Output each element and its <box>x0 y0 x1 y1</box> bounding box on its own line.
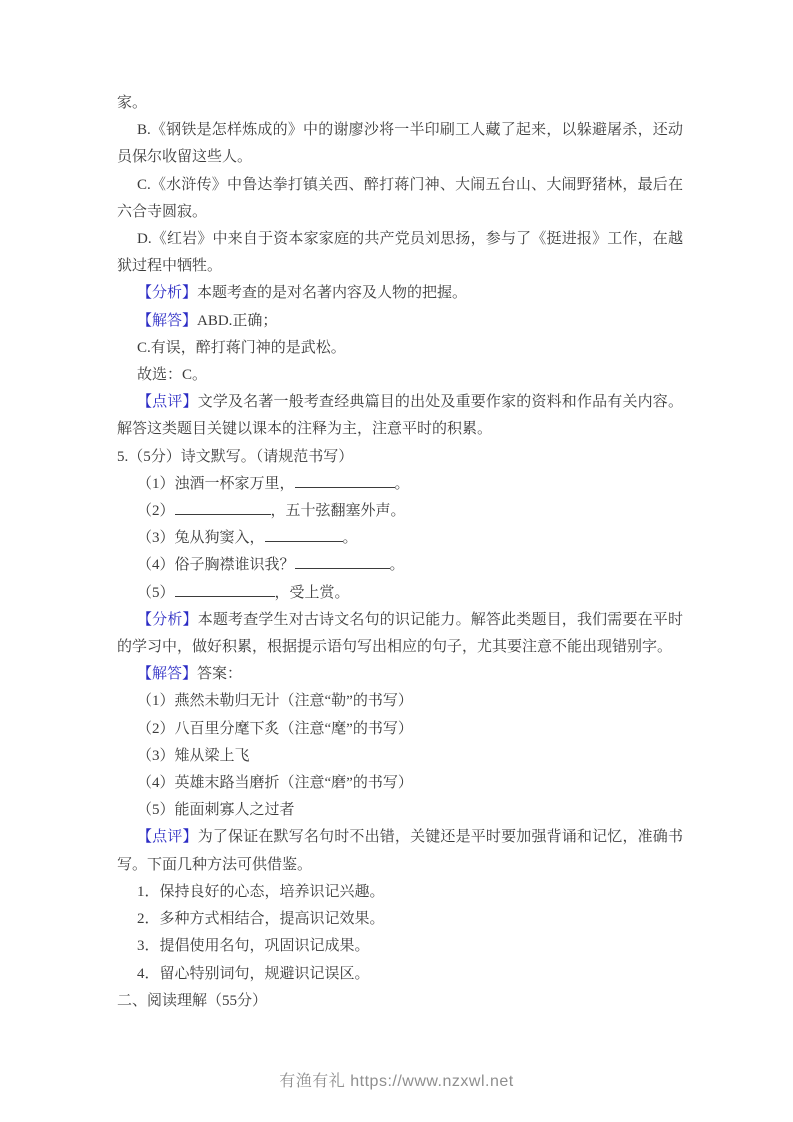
continuation-line: 家。 <box>117 90 683 117</box>
answer-item-3: （3）雉从梁上飞 <box>117 743 683 770</box>
blank-post-text: 。 <box>395 476 410 492</box>
option-c-paragraph: C.《水浒传》中鲁达拳打镇关西、醉打蒋门神、大闹五台山、大闹野猪林，最后在六合寺… <box>117 172 683 226</box>
memorization-tip-1: 1．保持良好的心态，培养识记兴趣。 <box>117 879 683 906</box>
answer-item-5: （5）能面刺寡人之过者 <box>117 797 683 824</box>
analysis-label: 【分析】 <box>137 612 198 628</box>
question-5-heading: 5.（5分）诗文默写。（请规范书写） <box>117 444 683 471</box>
memorization-tip-3: 3．提倡使用名句，巩固识记成果。 <box>117 933 683 960</box>
answer-label: 【解答】 <box>137 313 197 329</box>
answer-blank-line <box>295 474 395 488</box>
fill-blank-item-5: （5），受上赏。 <box>117 580 683 607</box>
analysis-text: 本题考查的是对名著内容及人物的把握。 <box>197 285 467 301</box>
footer-site-name: 有渔有礼 <box>279 1073 345 1090</box>
option-d-paragraph: D.《红岩》中来自于资本家家庭的共产党员刘思扬，参与了《挺进报》工作，在越狱过程… <box>117 226 683 280</box>
answer-blank-line <box>175 501 271 515</box>
answer-paragraph-q4: 【解答】ABD.正确； <box>117 308 683 335</box>
blank-post-text: 。 <box>343 530 358 546</box>
option-b-paragraph: B.《钢铁是怎样炼成的》中的谢廖沙将一半印刷工人藏了起来，以躲避屠杀，还动员保尔… <box>117 117 683 171</box>
answer-detail-line: C.有误，醉打蒋门神的是武松。 <box>117 335 683 362</box>
blank-pre-text: （1）浊酒一杯家万里， <box>137 476 295 492</box>
comment-text: 为了保证在默写名句时不出错，关键还是平时要加强背诵和记忆，准确书写。下面几种方法… <box>117 829 683 872</box>
blank-pre-text: （3）兔从狗窦入， <box>137 530 265 546</box>
analysis-paragraph-q5: 【分析】本题考查学生对古诗文名句的识记能力。解答此类题目，我们需要在平时的学习中… <box>117 607 683 661</box>
answer-blank-line <box>175 583 275 597</box>
blank-post-text: ，受上赏。 <box>275 585 350 601</box>
comment-text: 文学及名著一般考查经典篇目的出处及重要作家的资料和作品有关内容。解答这类题目关键… <box>117 394 683 437</box>
blank-pre-text: （5） <box>137 585 175 601</box>
blank-pre-text: （4）俗子胸襟谁识我？ <box>137 557 295 573</box>
fill-blank-item-1: （1）浊酒一杯家万里，。 <box>117 471 683 498</box>
answer-item-4: （4）英雄末路当磨折（注意“磨”的书写） <box>117 770 683 797</box>
fill-blank-item-4: （4）俗子胸襟谁识我？。 <box>117 552 683 579</box>
analysis-paragraph-q4: 【分析】本题考查的是对名著内容及人物的把握。 <box>117 280 683 307</box>
answer-choice-line: 故选：C。 <box>117 362 683 389</box>
answer-item-2: （2）八百里分麾下炙（注意“麾”的书写） <box>117 716 683 743</box>
blank-post-text: 。 <box>390 557 405 573</box>
fill-blank-item-2: （2），五十弦翻塞外声。 <box>117 498 683 525</box>
section-2-heading: 二、阅读理解（55分） <box>117 988 683 1015</box>
analysis-text: 本题考查学生对古诗文名句的识记能力。解答此类题目，我们需要在平时的学习中，做好积… <box>117 612 683 655</box>
comment-label: 【点评】 <box>137 394 198 410</box>
answer-text: ABD.正确； <box>197 313 277 329</box>
exam-answer-document: 家。 B.《钢铁是怎样炼成的》中的谢廖沙将一半印刷工人藏了起来，以躲避屠杀，还动… <box>117 90 683 1015</box>
fill-blank-item-3: （3）兔从狗窦入，。 <box>117 525 683 552</box>
answer-paragraph-q5: 【解答】答案： <box>117 661 683 688</box>
answer-label: 【解答】 <box>137 666 197 682</box>
answer-item-1: （1）燕然未勒归无计（注意“勒”的书写） <box>117 688 683 715</box>
analysis-label: 【分析】 <box>137 285 197 301</box>
footer-site-url: https://www.nzxwl.net <box>350 1073 513 1090</box>
answer-blank-line <box>265 528 343 542</box>
memorization-tip-4: 4．留心特别词句，规避识记误区。 <box>117 961 683 988</box>
answer-blank-line <box>295 555 390 569</box>
blank-pre-text: （2） <box>137 503 175 519</box>
document-page: { "colors": { "body_text": "#3b3b3b", "l… <box>0 0 793 1122</box>
memorization-tip-2: 2．多种方式相结合，提高识记效果。 <box>117 906 683 933</box>
comment-paragraph-q4: 【点评】文学及名著一般考查经典篇目的出处及重要作家的资料和作品有关内容。解答这类… <box>117 389 683 443</box>
answer-text: 答案： <box>197 666 242 682</box>
blank-post-text: ，五十弦翻塞外声。 <box>271 503 406 519</box>
comment-paragraph-q5: 【点评】为了保证在默写名句时不出错，关键还是平时要加强背诵和记忆，准确书写。下面… <box>117 824 683 878</box>
footer-watermark: 有渔有礼 https://www.nzxwl.net <box>0 1068 793 1091</box>
comment-label: 【点评】 <box>137 829 198 845</box>
